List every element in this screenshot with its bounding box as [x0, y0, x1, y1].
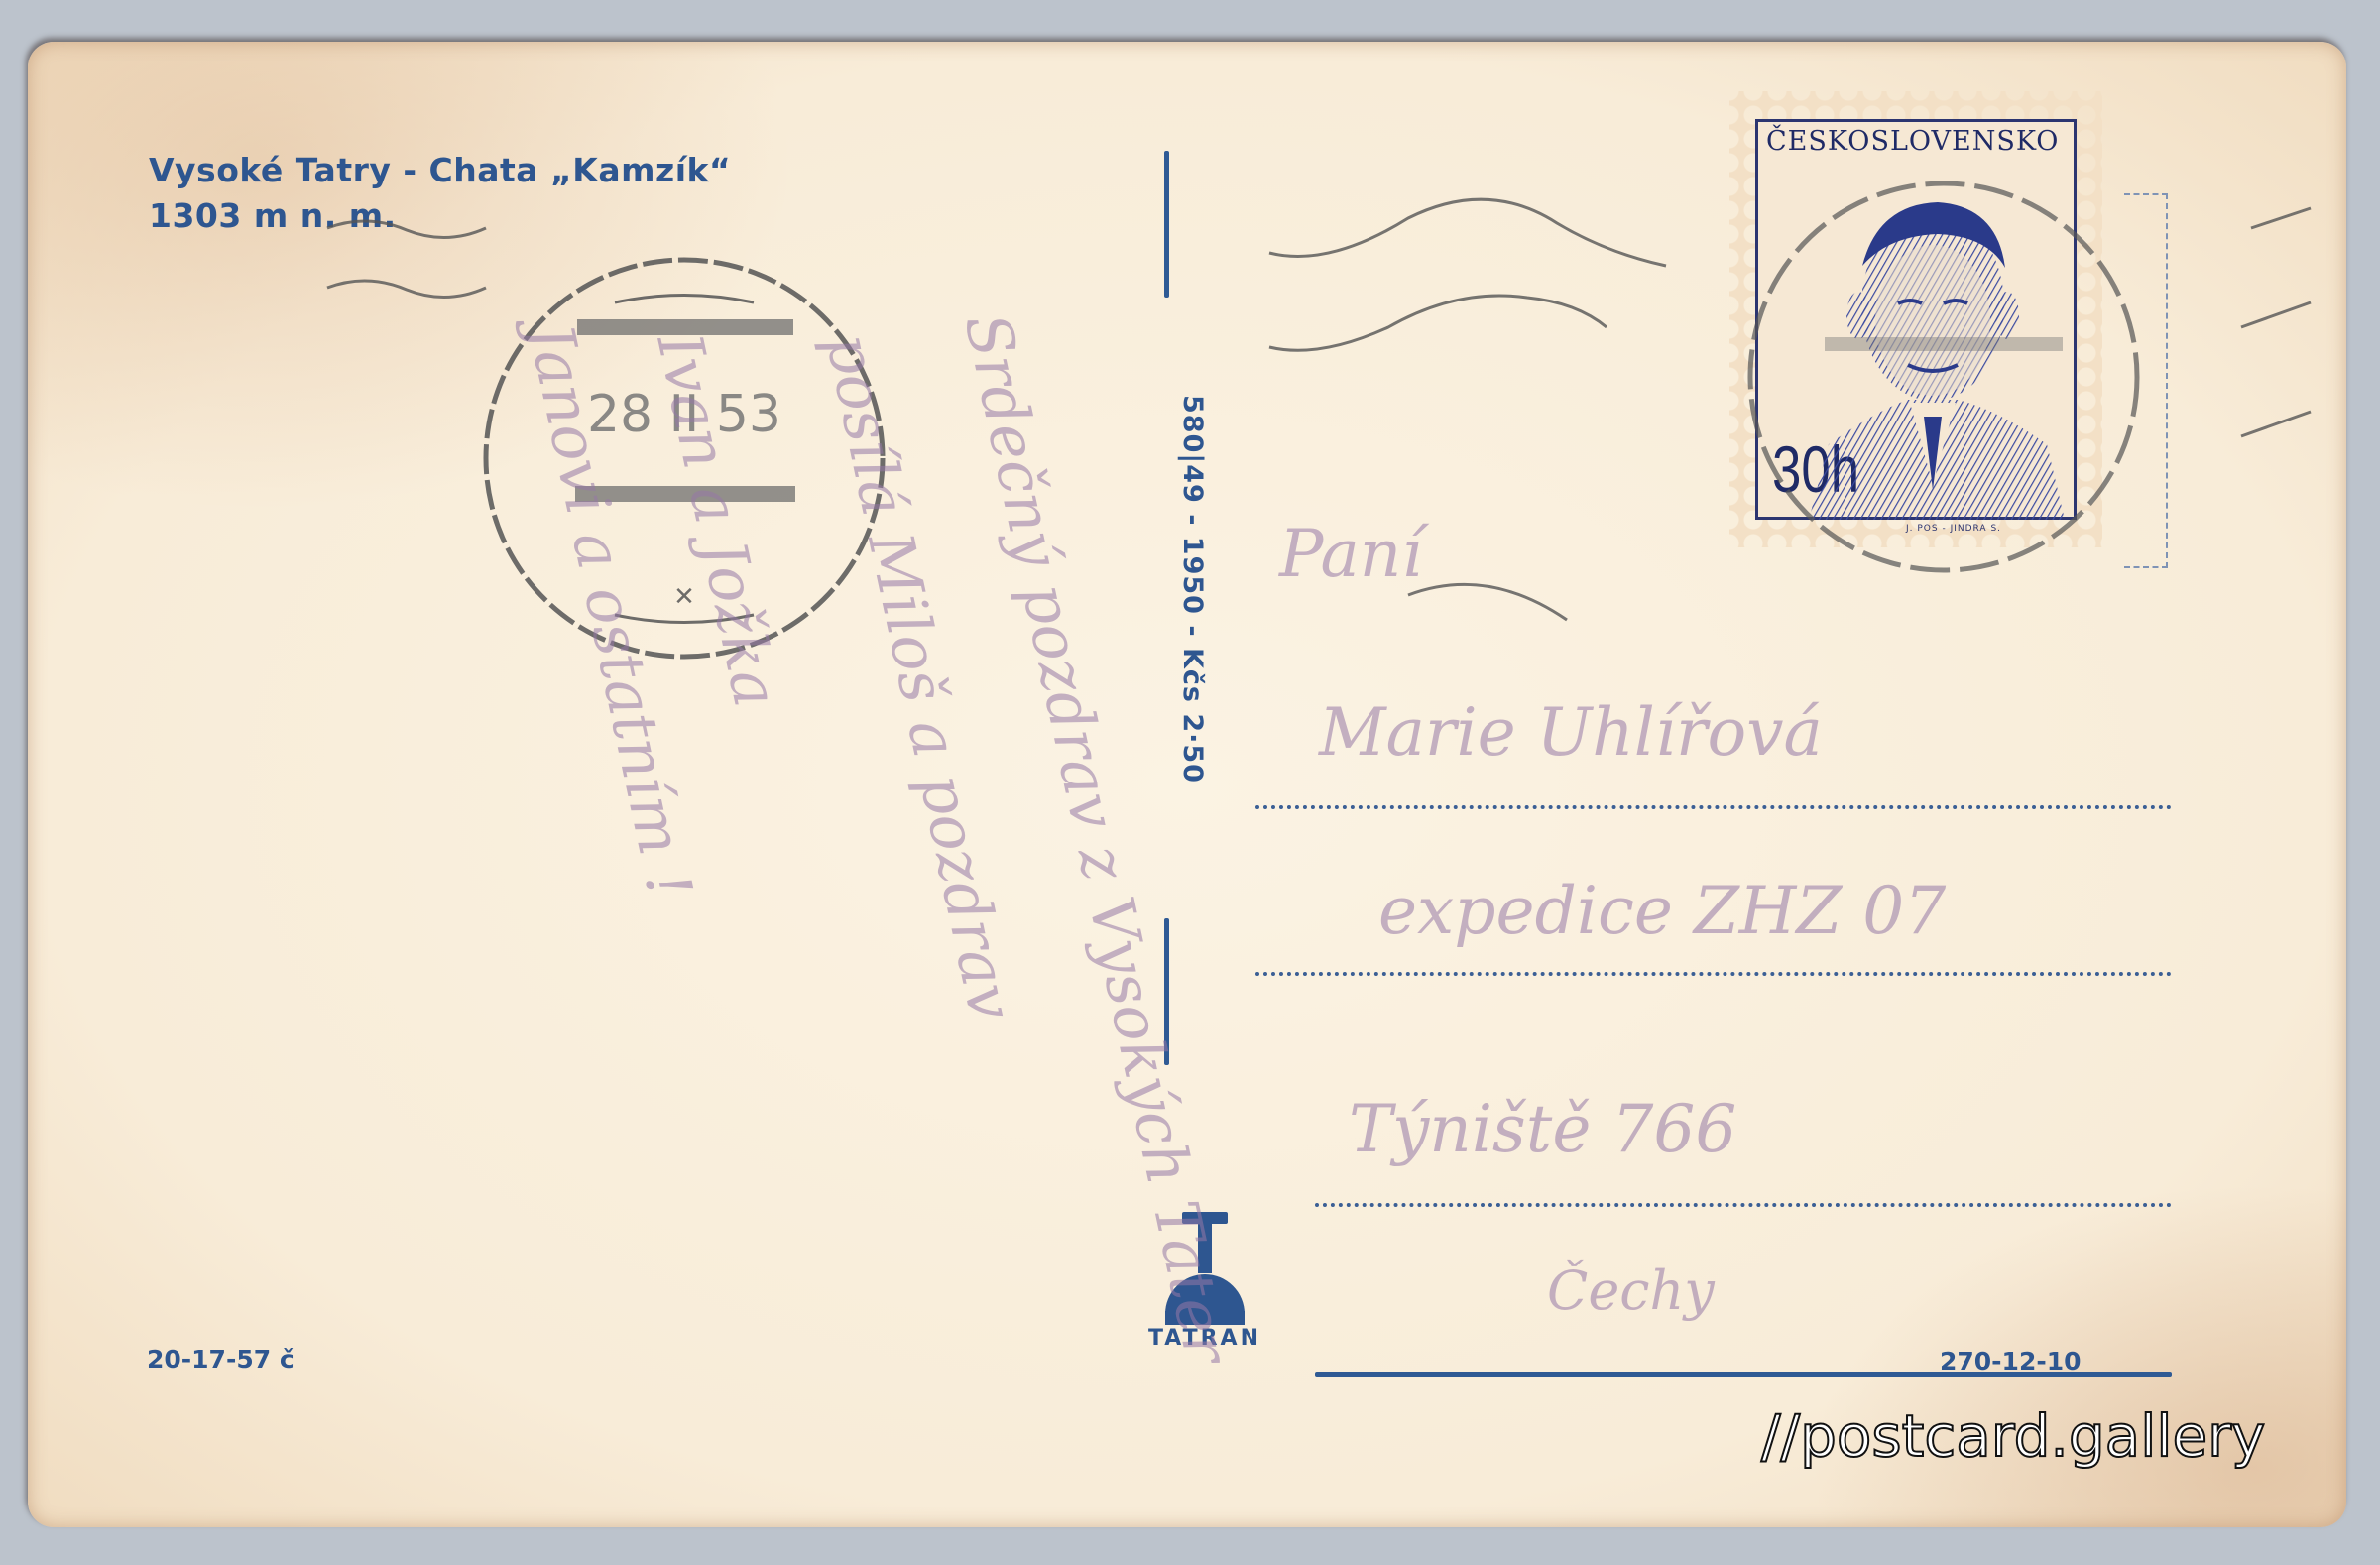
handwritten-address-line-2: Marie Uhlířová: [1319, 694, 1823, 771]
handwritten-address-line-5: Čechy: [1547, 1260, 1715, 1322]
watermark: //postcard.gallery: [1761, 1402, 2265, 1470]
svg-text:✕: ✕: [673, 582, 695, 612]
handwritten-address-line-3: expedice ZHZ 07: [1378, 873, 1946, 949]
handwritten-address-line-1: Paní: [1279, 516, 1422, 592]
handwritten-address-line-4: Týniště 766: [1349, 1091, 1736, 1167]
